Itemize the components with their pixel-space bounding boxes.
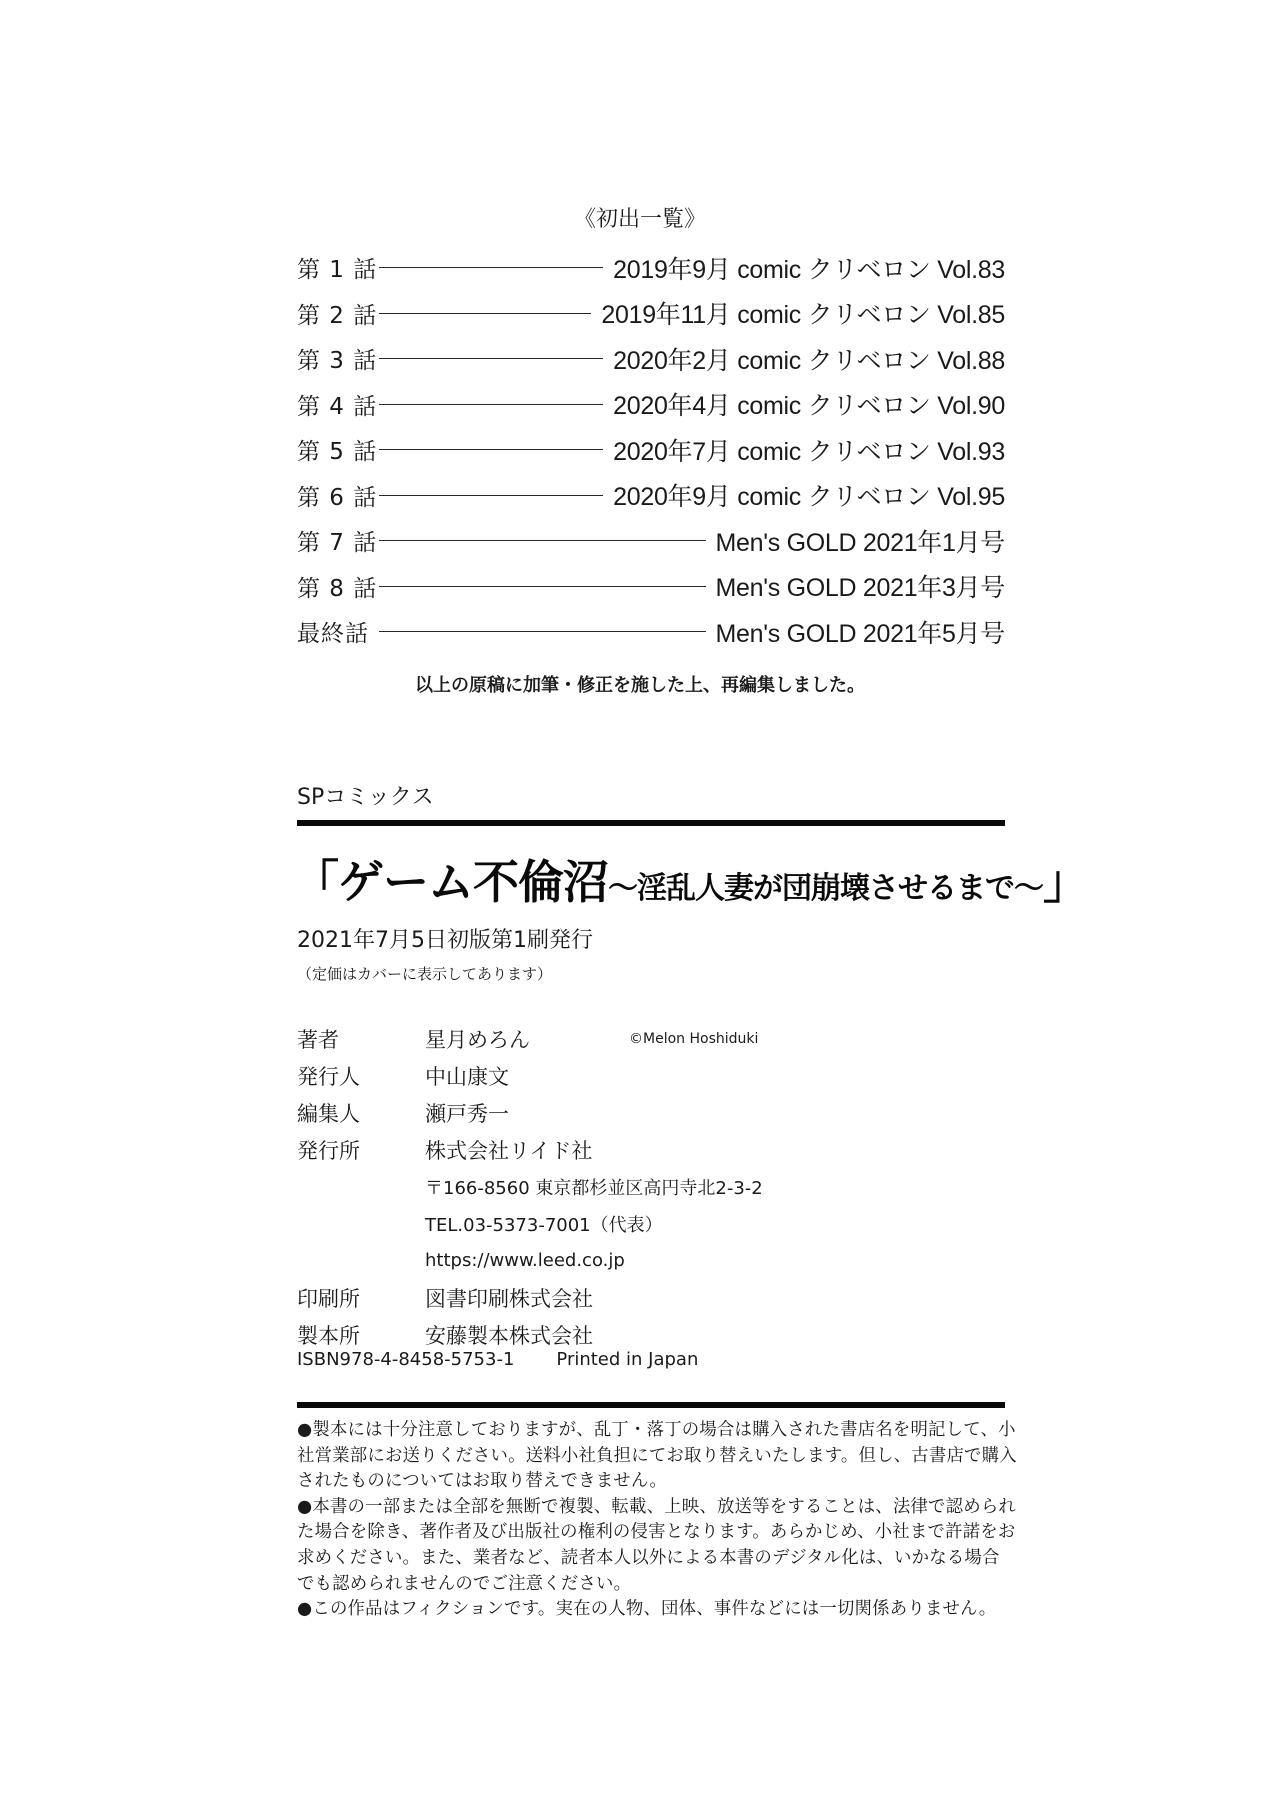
credit-role: 発行所: [297, 1135, 425, 1165]
credit-role: 編集人: [297, 1098, 425, 1128]
credit-row-address: 〒166-8560 東京都杉並区高円寺北2-3-2: [297, 1168, 1017, 1205]
credit-row-publisher-person: 発行人 中山康文: [297, 1057, 1017, 1094]
book-title: 「ゲーム不倫沼～淫乱人妻が団崩壊させるまで～」: [293, 846, 1088, 912]
leader-line: [379, 495, 603, 496]
index-row: 第 8 話 Men's GOLD 2021年3月号: [297, 564, 1005, 610]
publisher-address: 〒166-8560 東京都杉並区高円寺北2-3-2: [425, 1174, 763, 1200]
index-row: 第 5 話 2020年7月 comic クリベロン Vol.93: [297, 427, 1005, 473]
credit-value: 図書印刷株式会社: [425, 1283, 593, 1313]
source-label: Men's GOLD 2021年1月号: [716, 523, 1005, 559]
series-label: SPコミックス: [297, 780, 434, 811]
credit-row-printer: 印刷所 図書印刷株式会社: [297, 1279, 1017, 1316]
notice-fiction: ●この作品はフィクションです。実在の人物、団体、事件などには一切関係ありません。: [297, 1597, 1017, 1623]
copyright-notice: ©Melon Hoshiduki: [629, 1031, 758, 1047]
index-row: 最終話 Men's GOLD 2021年5月号: [297, 609, 1005, 655]
chapter-label: 第 3 話: [297, 342, 377, 375]
chapter-label: 第 6 話: [297, 479, 377, 512]
price-note: （定価はカバーに表示してあります）: [297, 963, 552, 984]
credit-value: 中山康文: [425, 1061, 509, 1091]
index-row: 第 3 話 2020年2月 comic クリベロン Vol.88: [297, 336, 1005, 382]
credits-list: 著者 星月めろん ©Melon Hoshiduki 発行人 中山康文 編集人 瀬…: [297, 1020, 1017, 1353]
source-label: Men's GOLD 2021年5月号: [716, 614, 1005, 650]
chapter-label: 最終話: [297, 615, 377, 648]
credit-value: 株式会社リイド社: [425, 1135, 592, 1165]
source-label: 2020年9月 comic クリベロン Vol.95: [613, 477, 1005, 513]
colophon-page: 《初出一覧》 第 1 話 2019年9月 comic クリベロン Vol.83 …: [0, 0, 1280, 1816]
isbn-row: ISBN978-4-8458-5753-1Printed in Japan: [297, 1349, 698, 1370]
index-row: 第 4 話 2020年4月 comic クリベロン Vol.90: [297, 382, 1005, 428]
index-title: 《初出一覧》: [0, 202, 1280, 233]
chapter-label: 第 7 話: [297, 524, 377, 557]
first-appearance-list: 第 1 話 2019年9月 comic クリベロン Vol.83 第 2 話 2…: [297, 245, 1005, 655]
source-label: 2019年9月 comic クリベロン Vol.83: [613, 250, 1005, 286]
chapter-label: 第 1 話: [297, 251, 377, 284]
leader-line: [379, 267, 603, 268]
credit-row-author: 著者 星月めろん ©Melon Hoshiduki: [297, 1020, 1017, 1057]
index-row: 第 7 話 Men's GOLD 2021年1月号: [297, 518, 1005, 564]
credit-role: 印刷所: [297, 1283, 425, 1313]
chapter-label: 第 4 話: [297, 388, 377, 421]
title-main: ゲーム不倫沼: [338, 855, 608, 909]
credit-role: 発行人: [297, 1061, 425, 1091]
source-label: 2019年11月 comic クリベロン Vol.85: [601, 295, 1005, 331]
leader-line: [379, 449, 603, 450]
credit-value: 星月めろん: [425, 1024, 530, 1054]
credit-row-binder: 製本所 安藤製本株式会社: [297, 1316, 1017, 1353]
publication-date: 2021年7月5日初版第1刷発行: [297, 923, 593, 954]
title-close-bracket: 」: [1043, 855, 1088, 909]
isbn-number: ISBN978-4-8458-5753-1: [297, 1349, 514, 1370]
credit-role: 製本所: [297, 1320, 425, 1350]
source-label: 2020年2月 comic クリベロン Vol.88: [613, 341, 1005, 377]
title-subtitle: ～淫乱人妻が団崩壊させるまで～: [608, 871, 1043, 906]
credit-row-phone: TEL.03-5373-7001（代表）: [297, 1205, 1017, 1242]
index-row: 第 6 話 2020年9月 comic クリベロン Vol.95: [297, 473, 1005, 519]
credit-value: 瀬戸秀一: [425, 1098, 509, 1128]
source-label: 2020年4月 comic クリベロン Vol.90: [613, 386, 1005, 422]
publisher-website-link[interactable]: https://www.leed.co.jp: [425, 1250, 625, 1271]
credit-row-publisher: 発行所 株式会社リイド社: [297, 1131, 1017, 1168]
credit-row-website: https://www.leed.co.jp: [297, 1242, 1017, 1279]
leader-line: [379, 313, 591, 314]
printed-in-label: Printed in Japan: [556, 1349, 698, 1370]
leader-line: [379, 631, 706, 632]
revision-note: 以上の原稿に加筆・修正を施した上、再編集しました。: [0, 671, 1280, 697]
notice-copyright: ●本書の一部または全部を無断で複製、転載、上映、放送等をすることは、法律で認めら…: [297, 1495, 1017, 1597]
credit-role: 著者: [297, 1024, 425, 1054]
chapter-label: 第 8 話: [297, 570, 377, 603]
leader-line: [379, 540, 706, 541]
title-open-bracket: 「: [293, 855, 338, 909]
leader-line: [379, 586, 706, 587]
divider-bottom: [297, 1402, 1005, 1408]
index-row: 第 1 話 2019年9月 comic クリベロン Vol.83: [297, 245, 1005, 291]
source-label: Men's GOLD 2021年3月号: [716, 568, 1005, 604]
chapter-label: 第 2 話: [297, 297, 377, 330]
notice-defects: ●製本には十分注意しておりますが、乱丁・落丁の場合は購入された書店名を明記して、…: [297, 1418, 1017, 1495]
credit-row-editor: 編集人 瀬戸秀一: [297, 1094, 1017, 1131]
divider-top: [297, 820, 1005, 826]
chapter-label: 第 5 話: [297, 433, 377, 466]
index-row: 第 2 話 2019年11月 comic クリベロン Vol.85: [297, 291, 1005, 337]
source-label: 2020年7月 comic クリベロン Vol.93: [613, 432, 1005, 468]
legal-notices: ●製本には十分注意しておりますが、乱丁・落丁の場合は購入された書店名を明記して、…: [297, 1418, 1017, 1623]
leader-line: [379, 358, 603, 359]
leader-line: [379, 404, 603, 405]
credit-value: 安藤製本株式会社: [425, 1320, 593, 1350]
publisher-phone: TEL.03-5373-7001（代表）: [425, 1211, 663, 1237]
